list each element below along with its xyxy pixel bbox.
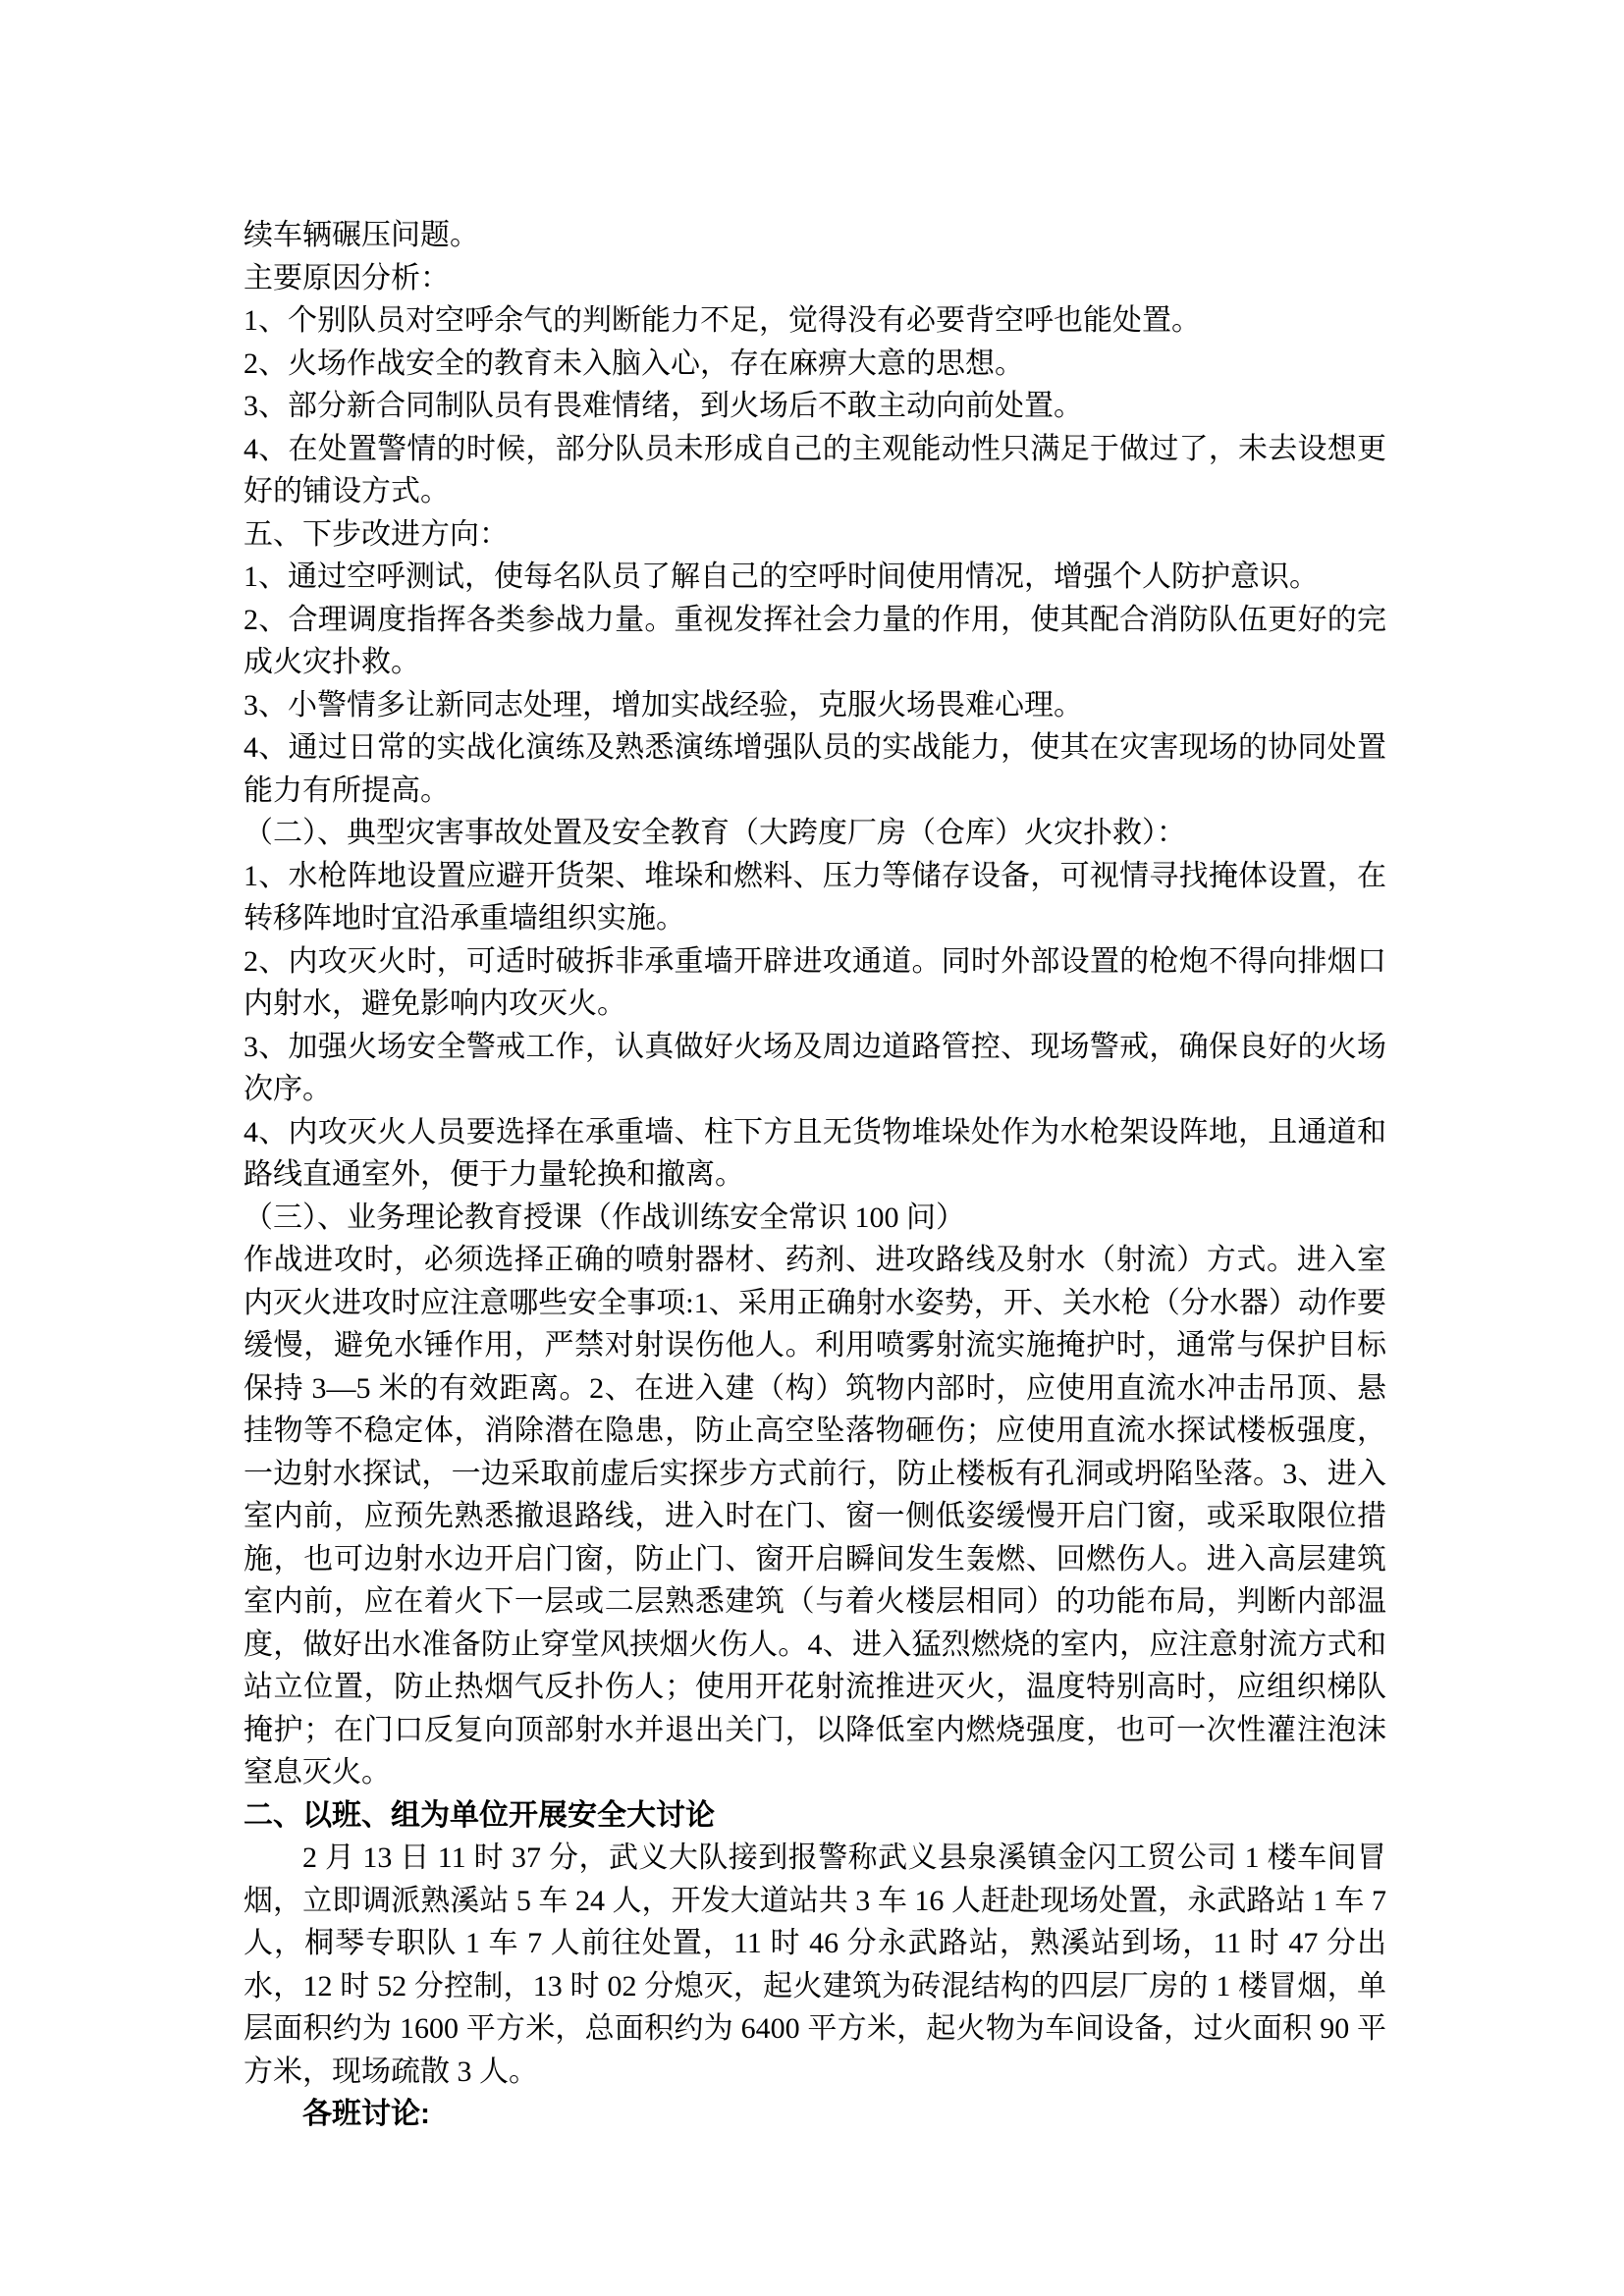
document-body: 续车辆碾压问题。 主要原因分析： 1、个别队员对空呼余气的判断能力不足，觉得没有… [244, 214, 1386, 2136]
paragraph: 2、内攻灭火时，可适时破拆非承重墙开辟进攻通道。同时外部设置的枪炮不得向排烟口内… [244, 940, 1386, 1026]
paragraph: 3、加强火场安全警戒工作，认真做好火场及周边道路管控、现场警戒，确保良好的火场次… [244, 1026, 1386, 1111]
paragraph: 2、火场作战安全的教育未入脑入心，存在麻痹大意的思想。 [244, 343, 1386, 386]
paragraph: 五、下步改进方向： [244, 513, 1386, 557]
paragraph: 1、水枪阵地设置应避开货架、堆垛和燃料、压力等储存设备，可视情寻找掩体设置，在转… [244, 855, 1386, 940]
section-heading: 各班讨论: [244, 2093, 1386, 2136]
section-heading: 二、以班、组为单位开展安全大讨论 [244, 1794, 1386, 1838]
paragraph: 主要原因分析： [244, 257, 1386, 300]
document-page: 续车辆碾压问题。 主要原因分析： 1、个别队员对空呼余气的判断能力不足，觉得没有… [0, 0, 1624, 2296]
paragraph: 作战进攻时，必须选择正确的喷射器材、药剂、进攻路线及射水（射流）方式。进入室内灭… [244, 1239, 1386, 1794]
paragraph: 续车辆碾压问题。 [244, 214, 1386, 257]
paragraph: 3、部分新合同制队员有畏难情绪，到火场后不敢主动向前处置。 [244, 385, 1386, 428]
paragraph: 4、通过日常的实战化演练及熟悉演练增强队员的实战能力，使其在灾害现场的协同处置能… [244, 726, 1386, 812]
paragraph: 3、小警情多让新同志处理，增加实战经验，克服火场畏难心理。 [244, 684, 1386, 727]
paragraph: 4、在处置警情的时候，部分队员未形成自己的主观能动性只满足于做过了，未去设想更好… [244, 428, 1386, 513]
paragraph: （二）、典型灾害事故处置及安全教育（大跨度厂房（仓库）火灾扑救）： [244, 812, 1386, 855]
paragraph: 4、内攻灭火人员要选择在承重墙、柱下方且无货物堆垛处作为水枪架设阵地，且通道和路… [244, 1111, 1386, 1197]
paragraph: （三）、业务理论教育授课（作战训练安全常识 100 问） [244, 1197, 1386, 1240]
paragraph: 2 月 13 日 11 时 37 分，武义大队接到报警称武义县泉溪镇金闪工贸公司… [244, 1837, 1386, 2093]
paragraph: 2、合理调度指挥各类参战力量。重视发挥社会力量的作用，使其配合消防队伍更好的完成… [244, 599, 1386, 684]
paragraph: 1、通过空呼测试，使每名队员了解自己的空呼时间使用情况，增强个人防护意识。 [244, 556, 1386, 599]
paragraph: 1、个别队员对空呼余气的判断能力不足，觉得没有必要背空呼也能处置。 [244, 299, 1386, 343]
